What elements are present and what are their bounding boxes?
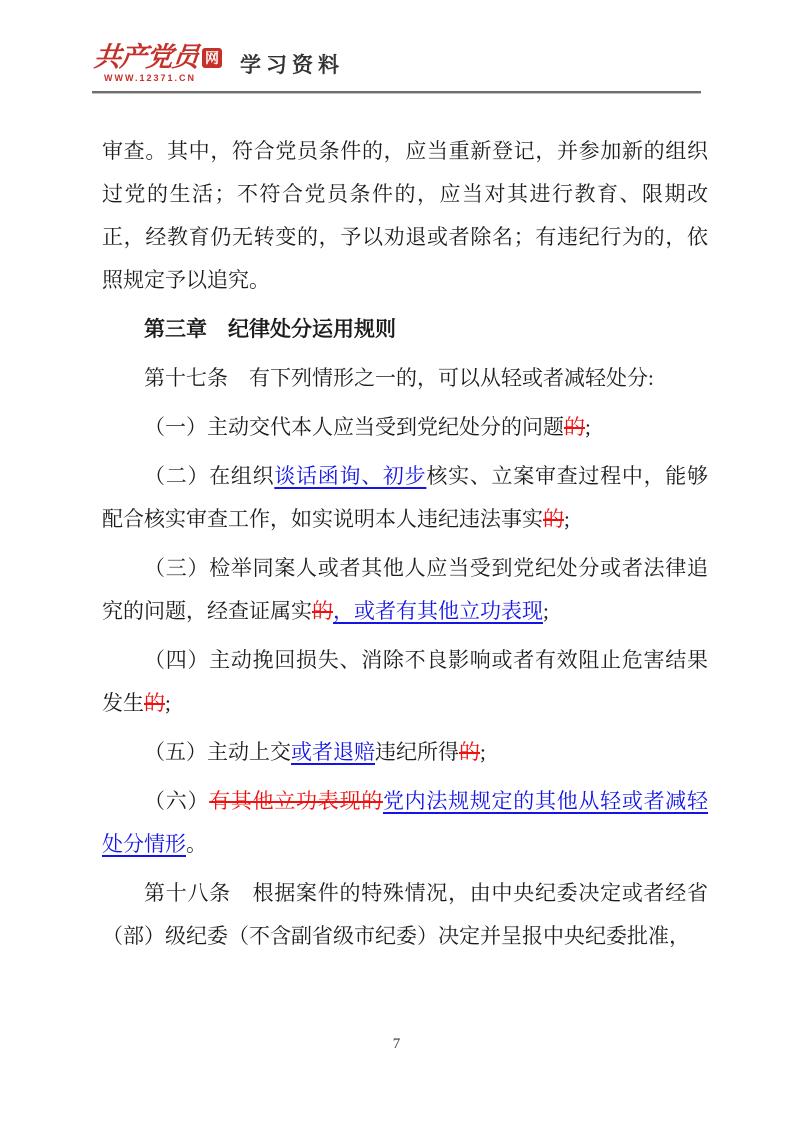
paragraph: （二）在组织谈话函询、初步核实、立案审查过程中，能够配合核实审查工作，如实说明本… [102,455,708,541]
text-run: ; [165,691,171,715]
deleted-text: 的 [564,415,585,439]
site-logo: 共产党员 网 WWW.12371.CN [94,44,222,83]
text-run: （一）主动交代本人应当受到党纪处分的问题 [144,415,564,439]
text-run: ; [585,415,591,439]
logo-url-text: WWW.12371.CN [94,73,222,83]
text-run: （四）主动挽回损失、消除不良影响或者有效阻止危害结果发生 [102,648,708,715]
text-run: ; [564,507,570,531]
paragraph: （四）主动挽回损失、消除不良影响或者有效阻止危害结果发生的; [102,639,708,725]
inserted-text: 或者退赔 [291,740,375,764]
page-header: 共产党员 网 WWW.12371.CN 学习资料 [94,44,700,83]
header-label: 学习资料 [240,44,344,79]
deleted-text: 的 [459,740,480,764]
deleted-text: 的 [144,691,165,715]
text-run: （六） [144,789,209,813]
deleted-text: 的 [312,599,333,623]
paragraph: （三）检举同案人或者其他人应当受到党纪处分或者法律追究的问题，经查证属实的，或者… [102,547,708,633]
paragraph: （一）主动交代本人应当受到党纪处分的问题的; [102,406,708,449]
paragraph: 第十七条 有下列情形之一的，可以从轻或者减轻处分: [102,357,708,400]
paragraph: （五）主动上交或者退赔违纪所得的; [102,731,708,774]
text-run: 第十八条 根据案件的特殊情况，由中央纪委决定或者经省（部）级纪委（不含副省级市纪… [102,881,708,948]
deleted-text: 的 [543,507,564,531]
text-run: 审查。其中，符合党员条件的，应当重新登记，并参加新的组织过党的生活；不符合党员条… [102,139,708,292]
text-run: ; [480,740,486,764]
header-rule [92,91,701,94]
text-run: （二）在组织 [144,464,274,488]
text-run: 第三章 纪律处分运用规则 [144,317,396,341]
inserted-text: 谈话函询、初步 [274,464,426,488]
logo-calligraphy-text: 共产党员 [93,44,200,71]
inserted-text: ，或者有其他立功表现 [333,599,543,623]
paragraph: 审查。其中，符合党员条件的，应当重新登记，并参加新的组织过党的生活；不符合党员条… [102,130,708,302]
chapter-heading: 第三章 纪律处分运用规则 [102,308,708,351]
text-run: （五）主动上交 [144,740,291,764]
text-run: 。 [186,832,207,856]
page-number: 7 [0,1036,793,1053]
text-run: ; [543,599,549,623]
logo-net-badge-icon: 网 [202,48,222,68]
text-run: 违纪所得 [375,740,459,764]
text-run: 第十七条 有下列情形之一的，可以从轻或者减轻处分: [144,366,654,390]
deleted-text: 有其他立功表现的 [209,789,383,813]
paragraph: （六）有其他立功表现的党内法规规定的其他从轻或者减轻处分情形。 [102,780,708,866]
paragraph: 第十八条 根据案件的特殊情况，由中央纪委决定或者经省（部）级纪委（不含副省级市纪… [102,872,708,958]
document-page: 共产党员 网 WWW.12371.CN 学习资料 审查。其中，符合党员条件的，应… [0,0,793,1122]
document-body: 审查。其中，符合党员条件的，应当重新登记，并参加新的组织过党的生活；不符合党员条… [102,130,708,964]
